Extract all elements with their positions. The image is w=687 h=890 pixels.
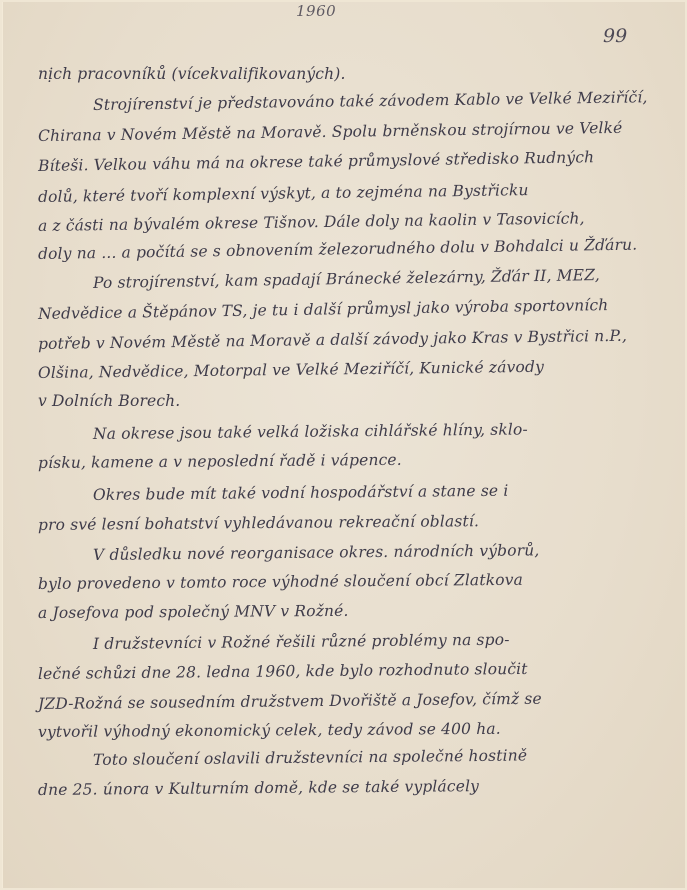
text-line: potřeb v Novém Městě na Moravě a další z… xyxy=(38,327,638,353)
text-line: Strojírenství je představováno také závo… xyxy=(93,88,687,114)
text-line: bylo provedeno v tomto roce výhodné slou… xyxy=(38,570,638,593)
text-line: Na okrese jsou také velká ložiska cihlář… xyxy=(93,419,687,443)
text-line: dne 25. února v Kulturním domě, kde se t… xyxy=(38,776,638,799)
text-line: v Dolních Borech. xyxy=(38,392,638,410)
text-line: JZD-Rožná se sousedním družstvem Dvořišt… xyxy=(38,689,638,713)
text-line: Chirana v Novém Městě na Moravě. Spolu b… xyxy=(38,119,638,145)
text-line: doly na ... a počítá se s obnovením žele… xyxy=(38,236,638,263)
text-line: dolů, které tvoří komplexní výskyt, a to… xyxy=(38,180,638,206)
text-line: Toto sloučení oslavili družstevníci na s… xyxy=(93,745,687,769)
text-line: Nedvědice a Štěpánov TS, je tu i další p… xyxy=(38,296,638,323)
text-line: Bíteši. Velkou váhu má na okrese také pr… xyxy=(38,148,638,175)
text-line: Po strojírenství, kam spadají Bránecké ž… xyxy=(93,265,687,292)
page-number: 99 xyxy=(603,25,627,47)
text-line: Olšina, Nedvědice, Motorpal ve Velké Mez… xyxy=(38,357,638,382)
text-line: V důsledku nové reorganisace okres. náro… xyxy=(93,540,687,564)
text-line: I družstevníci v Rožné řešili různé prob… xyxy=(93,629,687,653)
text-line: pro své lesní bohatství vyhledávanou rek… xyxy=(38,511,638,534)
text-line: lečné schůzi dne 28. ledna 1960, kde byl… xyxy=(38,659,638,683)
text-line: a Josefova pod společný MNV v Rožné. xyxy=(38,600,638,622)
text-line: a z části na bývalém okrese Tišnov. Dále… xyxy=(38,209,638,235)
handwritten-chronicle-page: 1960 99 nịch pracovníků (vícekvalifikova… xyxy=(0,0,687,890)
text-line: Okres bude mít také vodní hospodářství a… xyxy=(93,480,687,504)
text-line: nịch pracovníků (vícekvalifikovaných). xyxy=(38,65,638,83)
text-line: vytvořil výhodný ekonomický celek, tedy … xyxy=(38,719,638,741)
text-line: písku, kamene a v neposlední řadě i vápe… xyxy=(38,449,638,472)
header-year: 1960 xyxy=(296,2,336,20)
